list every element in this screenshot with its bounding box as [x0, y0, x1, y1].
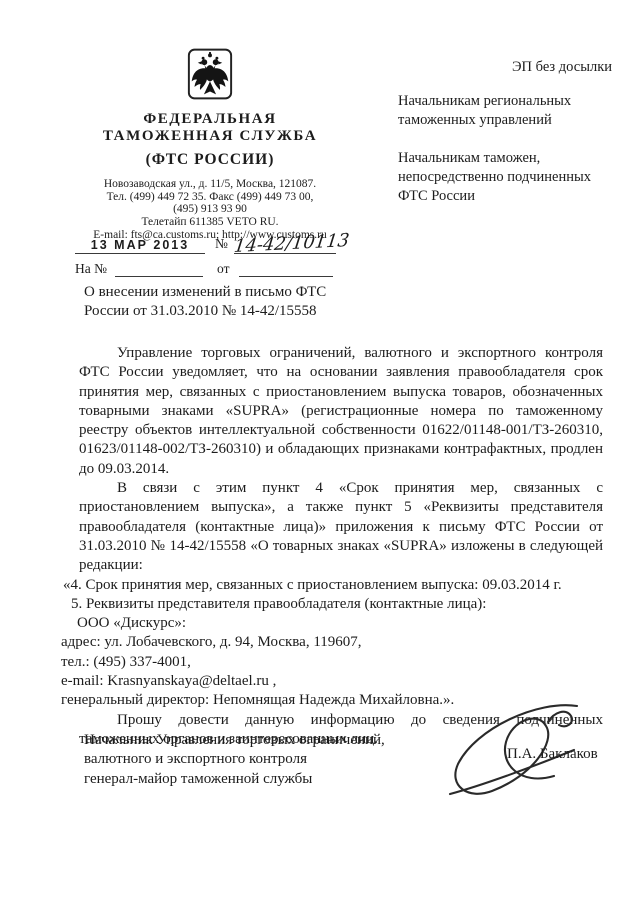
redaction-line: 5. Реквизиты представителя правообладате…	[71, 595, 603, 614]
coat-of-arms-icon	[187, 48, 233, 105]
org-name-line2: ТАМОЖЕННАЯ СЛУЖБА	[62, 128, 358, 145]
address-line: Новозаводская ул., д. 11/5, Москва, 1210…	[62, 178, 358, 191]
redaction-line: адрес: ул. Лобачевского, д. 94, Москва, …	[61, 633, 603, 652]
address-line: Тел. (499) 449 72 35. Факс (499) 449 73 …	[62, 191, 358, 204]
signer-position-line: генерал-майор таможенной службы	[84, 770, 414, 789]
redaction-line: «4. Срок принятия мер, связанных с приос…	[63, 576, 603, 595]
redaction-line: тел.: (495) 337-4001,	[61, 653, 603, 672]
signer-position-line: Начальник Управления торговых ограничени…	[84, 731, 414, 750]
outgoing-number-handwritten: 14-42/10113	[233, 230, 351, 257]
body-paragraph-1: Управление торговых ограничений, валютно…	[79, 344, 603, 479]
incoming-number-blank	[115, 276, 203, 277]
number-underline: 14-42/10113	[234, 232, 336, 254]
body-paragraph-2: В связи с этим пункт 4 «Срок принятия ме…	[79, 479, 603, 575]
number-sign: №	[215, 236, 228, 252]
redaction-line: ООО «Дискурс»:	[77, 614, 603, 633]
letter-body: Управление торговых ограничений, валютно…	[79, 344, 603, 749]
ot-label: от	[217, 261, 229, 277]
redaction-line: e-mail: Krasnyanskaya@deltael.ru ,	[61, 672, 603, 691]
subject-line: О внесении изменений в письмо ФТС России…	[84, 283, 346, 320]
date-stamp: 13 МАР 2013	[91, 238, 189, 252]
signer-position: Начальник Управления торговых ограничени…	[84, 731, 414, 789]
address-line: Телетайп 611385 VETO RU.	[62, 216, 358, 229]
incoming-date-blank	[239, 276, 333, 277]
address-line: (495) 913 93 90	[62, 203, 358, 216]
recipient-1: Начальникам региональных таможенных упра…	[398, 92, 612, 130]
org-name-line1: ФЕДЕРАЛЬНАЯ	[62, 111, 358, 128]
signer-position-line: валютного и экспортного контроля	[84, 750, 414, 769]
date-underline: 13 МАР 2013	[75, 237, 205, 254]
recipient-block: ЭП без досылки Начальникам региональных …	[398, 58, 612, 206]
signer-name: П.А. Баклаков	[507, 746, 598, 763]
recipient-2: Начальникам таможен, непосредственно под…	[398, 149, 612, 206]
document-page: ФЕДЕРАЛЬНАЯ ТАМОЖЕННАЯ СЛУЖБА (ФТС РОССИ…	[0, 0, 640, 905]
na-number-label: На №	[75, 261, 107, 277]
letterhead: ФЕДЕРАЛЬНАЯ ТАМОЖЕННАЯ СЛУЖБА (ФТС РОССИ…	[62, 48, 358, 242]
org-short-name: (ФТС РОССИИ)	[62, 151, 358, 169]
reference-block: 13 МАР 2013 № 14-42/10113 На № от	[75, 234, 355, 277]
delivery-note: ЭП без досылки	[398, 58, 612, 77]
